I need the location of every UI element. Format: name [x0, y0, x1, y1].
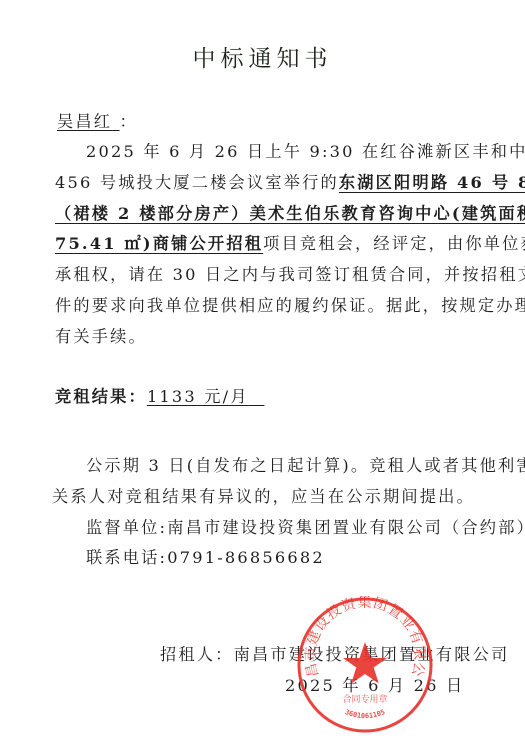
body-line-2: 456 号城投大厦二楼会议室举行的东湖区阳明路 46 号 8 栋: [55, 173, 525, 193]
body-line-1: 2025 年 6 月 26 日上午 9:30 在红谷滩新区丰和中大道: [86, 142, 525, 162]
recipient-name: 吴昌红: [57, 112, 112, 131]
result-label: 竞租结果：: [55, 387, 147, 406]
signature-label: 招租人：: [160, 645, 234, 664]
body-line-2-text: 456 号城投大厦二楼会议室举行的: [55, 173, 339, 192]
result-value: 1133 元/月: [147, 387, 249, 406]
supervisor-label: 监督单位:: [86, 518, 167, 537]
body-line-4: 75.41 ㎡)商铺公开招租项目竞租会，经评定，由你单位获得: [55, 234, 525, 254]
supervisor-line: 监督单位:南昌市建设投资集团置业有限公司（合约部）: [86, 518, 525, 538]
signature-line: 招租人：南昌市建设投资集团置业有限公司: [160, 645, 509, 665]
recipient-line: 吴昌红 ：: [57, 112, 138, 132]
contact-phone: 0791-86856682: [167, 548, 325, 567]
document-title: 中标通知书: [0, 40, 525, 73]
property-description: （裙楼 2 楼部分房产）美术生伯乐教育咨询中心(建筑面积: [55, 204, 525, 223]
notice-line-1: 公示期 3 日(自发布之日起计算)。竞租人或者其他利害: [86, 456, 525, 476]
svg-text:3601061105: 3601061105: [344, 708, 387, 720]
body-line-4-text: 项目竞租会，经评定，由你单位获得: [263, 234, 525, 253]
body-line-5: 承租权，请在 30 日之内与我司签订租赁合同，并按招租文: [55, 265, 525, 285]
result-line: 竞租结果：1133 元/月: [55, 387, 264, 407]
supervisor-value: 南昌市建设投资集团置业有限公司（合约部）: [167, 518, 525, 537]
contact-label: 联系电话:: [86, 548, 167, 567]
recipient-colon: ：: [120, 112, 138, 131]
property-address: 东湖区阳明路 46 号 8 栋: [339, 173, 525, 192]
body-line-3: （裙楼 2 楼部分房产）美术生伯乐教育咨询中心(建筑面积: [55, 204, 525, 224]
contact-line: 联系电话:0791-86856682: [86, 548, 325, 568]
signature-date: 2025 年 6 月 26 日: [285, 676, 464, 696]
property-area: 75.41 ㎡)商铺公开招租: [55, 234, 263, 253]
company-seal-icon: 南昌市建设投资集团置业有限公司 合同专用章 3601061105: [296, 596, 434, 734]
body-line-7: 有关手续。: [55, 327, 147, 347]
body-line-6: 件的要求向我单位提供相应的履约保证。据此，按规定办理: [55, 296, 525, 316]
notice-line-2: 关系人对竞租结果有异议的，应当在公示期间提出。: [52, 487, 475, 507]
svg-text:南昌市建设投资集团置业有限公司: 南昌市建设投资集团置业有限公司: [296, 596, 427, 679]
signature-company: 南昌市建设投资集团置业有限公司: [234, 645, 510, 664]
